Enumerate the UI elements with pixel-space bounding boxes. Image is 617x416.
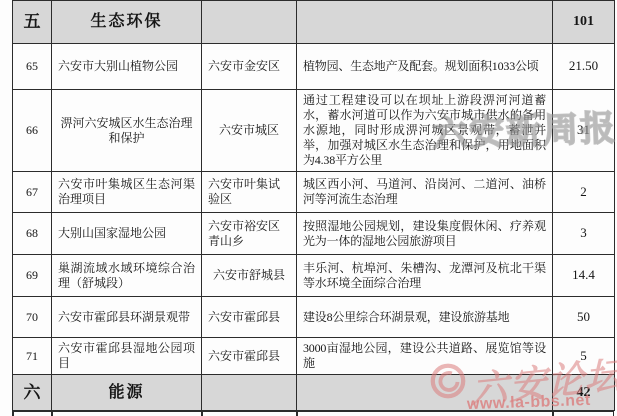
cell-desc: 丰乐河、杭埠河、朱槽沟、龙潭河及杭北干渠等水环境全面综合治理	[297, 255, 553, 297]
cell-value: 14.4	[553, 255, 615, 297]
empty-cell	[297, 375, 553, 411]
cell-desc: 城区西小河、马道河、沿岗河、二道河、油桥河等河流生态治理	[297, 172, 553, 213]
cell-no: 67	[13, 172, 52, 213]
table-row: 71 六安市霍邱县湿地公园项目 六安市霍邱县 3000亩湿地公园，建设公共道路、…	[13, 338, 615, 375]
section-header-row: 五 生态环保 101	[13, 1, 615, 44]
cell-name: 淠河六安城区水生态治理和保护	[52, 90, 202, 172]
cell-value: 2	[553, 172, 615, 213]
projects-table-upper: 五 生态环保 101 65 六安市大别山植物公园 六安市金安区 植物园、生态地产…	[12, 0, 615, 172]
empty-cell	[297, 1, 553, 44]
section-title-cell: 能源	[52, 375, 202, 411]
table-row: 68 大别山国家湿地公园 六安市裕安区青山乡 按照湿地公园规划，建设集度假休闲、…	[13, 213, 615, 255]
cell-desc: 3000亩湿地公园，建设公共道路、展览馆等设施	[297, 338, 553, 375]
cell-location: 六安市舒城县	[202, 255, 297, 297]
cell-location: 六安市裕安区青山乡	[202, 213, 297, 255]
projects-table-lower: 67 六安市叶集城区生态河渠治理项目 六安市叶集试验区 城区西小河、马道河、沿岗…	[12, 171, 615, 411]
section-title-cell: 生态环保	[52, 1, 202, 44]
table-row: 65 六安市大别山植物公园 六安市金安区 植物园、生态地产及配套。规划面积103…	[13, 44, 615, 90]
cell-no: 70	[13, 297, 52, 338]
cell-location: 六安市金安区	[202, 44, 297, 90]
cell-no: 68	[13, 213, 52, 255]
cell-location: 六安市霍邱县	[202, 297, 297, 338]
cell-value: 31	[553, 90, 615, 172]
table-row: 69 巢湖流域水域环境综合治理（舒城段） 六安市舒城县 丰乐河、杭埠河、朱槽沟、…	[13, 255, 615, 297]
cutoff-row-borders	[12, 411, 614, 416]
section-total-cell: 42	[553, 375, 615, 411]
table-row: 70 六安市霍邱县环湖景观带 六安市霍邱县 建设8公里综合环湖景观，建设旅游基地…	[13, 297, 615, 338]
section-header-row: 六 能源 42	[13, 375, 615, 411]
cell-name: 六安市霍邱县环湖景观带	[52, 297, 202, 338]
cell-value: 5	[553, 338, 615, 375]
cell-desc: 按照湿地公园规划，建设集度假休闲、疗养观光为一体的湿地公园旅游项目	[297, 213, 553, 255]
section-number-cell: 五	[13, 1, 52, 44]
cell-no: 71	[13, 338, 52, 375]
cell-desc: 通过工程建设可以在坝址上游段淠河河道蓄水，蓄水河道可以作为六安市城市供水的备用水…	[297, 90, 553, 172]
cell-name: 巢湖流域水域环境综合治理（舒城段）	[52, 255, 202, 297]
cell-name: 六安市霍邱县湿地公园项目	[52, 338, 202, 375]
cell-desc: 建设8公里综合环湖景观，建设旅游基地	[297, 297, 553, 338]
cell-no: 66	[13, 90, 52, 172]
cell-name: 大别山国家湿地公园	[52, 213, 202, 255]
empty-cell	[202, 1, 297, 44]
document-page: 五 生态环保 101 65 六安市大别山植物公园 六安市金安区 植物园、生态地产…	[0, 0, 617, 416]
table-row: 67 六安市叶集城区生态河渠治理项目 六安市叶集试验区 城区西小河、马道河、沿岗…	[13, 172, 615, 213]
table-row: 66 淠河六安城区水生态治理和保护 六安市城区 通过工程建设可以在坝址上游段淠河…	[13, 90, 615, 172]
cell-name: 六安市叶集城区生态河渠治理项目	[52, 172, 202, 213]
empty-cell	[202, 375, 297, 411]
cell-value: 3	[553, 213, 615, 255]
cell-desc: 植物园、生态地产及配套。规划面积1033公顷	[297, 44, 553, 90]
section-total-cell: 101	[553, 1, 615, 44]
cell-location: 六安市城区	[202, 90, 297, 172]
cell-value: 50	[553, 297, 615, 338]
cell-location: 六安市叶集试验区	[202, 172, 297, 213]
cell-value: 21.50	[553, 44, 615, 90]
cell-no: 65	[13, 44, 52, 90]
section-number-cell: 六	[13, 375, 52, 411]
cell-name: 六安市大别山植物公园	[52, 44, 202, 90]
cell-no: 69	[13, 255, 52, 297]
cell-location: 六安市霍邱县	[202, 338, 297, 375]
